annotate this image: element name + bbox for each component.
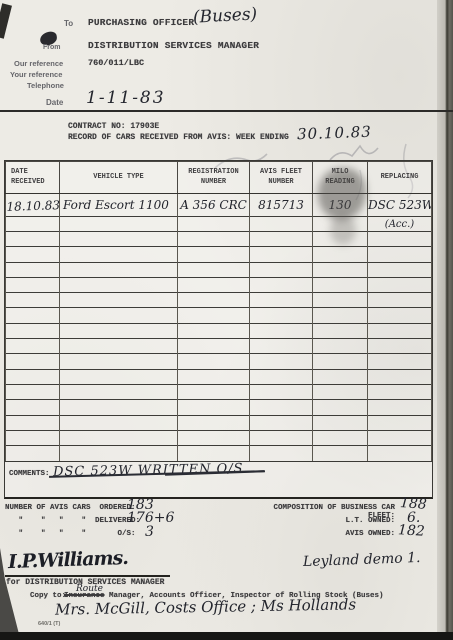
table-cell-empty <box>313 354 368 369</box>
table-row-empty <box>6 415 432 430</box>
table-row-empty <box>6 384 432 399</box>
table-cell-empty <box>6 323 60 338</box>
table-row-empty <box>6 293 432 308</box>
form-number: 640/1 (T) <box>38 621 60 627</box>
table-row-empty <box>6 430 432 445</box>
table-cell-empty <box>368 415 432 430</box>
scan-edge-right <box>437 0 453 640</box>
table-cell-empty <box>6 446 60 461</box>
to-handwritten-annotation: (Buses) <box>193 4 258 27</box>
table-cell-empty <box>178 384 250 399</box>
scan-edge-bottom <box>0 632 453 640</box>
signature-handwriting: I.P.Williams. <box>8 547 129 573</box>
table-cell-empty <box>60 308 178 323</box>
table-row-empty <box>6 323 432 338</box>
table-cell-empty <box>368 430 432 445</box>
table-cell-empty <box>250 369 313 384</box>
table-cell-empty <box>313 323 368 338</box>
table-cell-empty <box>368 323 432 338</box>
table-cell-empty <box>60 232 178 247</box>
table-cell-empty <box>6 277 60 292</box>
table-cell <box>60 217 178 232</box>
date-label: Date <box>46 98 63 107</box>
table-cell: DSC 523W <box>368 194 432 217</box>
table-cell-empty <box>178 262 250 277</box>
table-cell-empty <box>178 293 250 308</box>
table-cell-empty <box>250 354 313 369</box>
avis-table-body: 18.10.83Ford Escort 1100A 356 CRC8157131… <box>6 194 432 461</box>
table-cell: 815713 <box>250 194 313 217</box>
week-ending-handwritten-value: 30.10.83 <box>297 123 372 144</box>
table-cell-empty <box>313 262 368 277</box>
date-handwritten-value: 1-11-83 <box>86 88 166 108</box>
table-cell-empty <box>250 247 313 262</box>
table-cell-empty <box>60 369 178 384</box>
table-row: (Acc.) <box>6 217 432 232</box>
table-cell: Ford Escort 1100 <box>60 194 178 217</box>
table-cell: (Acc.) <box>368 217 432 232</box>
table-cell-empty <box>368 293 432 308</box>
table-cell-empty <box>178 232 250 247</box>
ink-smudge-milo-column <box>330 215 356 245</box>
table-cell-empty <box>368 446 432 461</box>
to-label: To <box>64 19 73 28</box>
table-cell-empty <box>368 232 432 247</box>
table-cell-empty <box>178 369 250 384</box>
scan-corner-mark-top-left <box>0 3 12 38</box>
table-cell-empty <box>6 430 60 445</box>
table-row-empty <box>6 232 432 247</box>
table-cell-empty <box>250 446 313 461</box>
table-cell-empty <box>60 339 178 354</box>
table-cell-empty <box>178 277 250 292</box>
table-cell <box>6 217 60 232</box>
table-cell-empty <box>368 354 432 369</box>
table-cell-empty <box>368 247 432 262</box>
lt-owned-label: L.T. OWNED: <box>245 517 395 525</box>
avis-cars-outstanding-value: 3 <box>145 524 154 540</box>
table-row: 18.10.83Ford Escort 1100A 356 CRC8157131… <box>6 194 432 217</box>
comments-section: COMMENTS: DSC 523W WRITTEN O/S. <box>5 461 432 497</box>
table-cell-empty <box>250 323 313 338</box>
comments-label: COMMENTS: <box>9 470 50 478</box>
avis-owned-label: AVIS OWNED: <box>245 530 395 538</box>
column-header: VEHICLE TYPE <box>60 162 178 194</box>
table-cell-empty <box>313 277 368 292</box>
from-value: DISTRIBUTION SERVICES MANAGER <box>88 40 259 51</box>
table-cell-empty <box>250 430 313 445</box>
table-cell-empty <box>6 369 60 384</box>
avis-owned-value: 182 <box>398 522 426 539</box>
table-cell-empty <box>368 400 432 415</box>
header-divider-line <box>0 110 453 112</box>
telephone-label: Telephone <box>27 81 64 90</box>
table-cell-empty <box>368 277 432 292</box>
table-cell-empty <box>6 232 60 247</box>
your-reference-label: Your reference <box>10 70 62 79</box>
table-cell-empty <box>6 339 60 354</box>
table-cell <box>178 217 250 232</box>
to-value: PURCHASING OFFICER <box>88 17 194 28</box>
table-cell-empty <box>178 247 250 262</box>
table-cell-empty <box>368 262 432 277</box>
signature-underline <box>5 575 170 577</box>
table-cell-empty <box>368 384 432 399</box>
table-row-empty <box>6 247 432 262</box>
table-cell-empty <box>60 415 178 430</box>
table-cell-empty <box>178 446 250 461</box>
table-row-empty <box>6 446 432 461</box>
scanned-memo-page: To PURCHASING OFFICER (Buses) From DISTR… <box>0 0 453 640</box>
table-cell-empty <box>6 308 60 323</box>
record-of-cars-line: RECORD OF CARS RECEIVED FROM AVIS: WEEK … <box>68 133 289 142</box>
table-cell-empty <box>6 293 60 308</box>
avis-cars-outstanding-label: " " " " O/S: <box>5 530 136 538</box>
avis-table-head-row: DATE RECEIVEDVEHICLE TYPEREGISTRATION NU… <box>6 162 432 194</box>
table-cell-empty <box>60 430 178 445</box>
column-header: DATE RECEIVED <box>6 162 60 194</box>
table-cell-empty <box>178 354 250 369</box>
table-cell-empty <box>6 262 60 277</box>
our-reference-label: Our reference <box>14 59 63 68</box>
table-row-empty <box>6 400 432 415</box>
table-cell-empty <box>368 339 432 354</box>
table-cell-empty <box>250 262 313 277</box>
table-cell-empty <box>178 323 250 338</box>
table-cell-empty <box>60 277 178 292</box>
column-header: REGISTRATION NUMBER <box>178 162 250 194</box>
avis-table: DATE RECEIVEDVEHICLE TYPEREGISTRATION NU… <box>5 161 432 461</box>
table-cell-empty <box>60 400 178 415</box>
avis-cars-table-container: DATE RECEIVEDVEHICLE TYPEREGISTRATION NU… <box>4 160 433 499</box>
table-cell-empty <box>178 430 250 445</box>
table-cell-empty <box>6 354 60 369</box>
table-cell-empty <box>6 384 60 399</box>
table-cell-empty <box>60 262 178 277</box>
handwritten-recipients-note: Mrs. McGill, Costs Office ; Ms Hollands <box>55 595 356 618</box>
table-cell-empty <box>313 446 368 461</box>
table-cell-empty <box>313 247 368 262</box>
table-cell-empty <box>60 247 178 262</box>
column-header: REPLACING <box>368 162 432 194</box>
table-cell-empty <box>313 293 368 308</box>
table-cell-empty <box>60 293 178 308</box>
table-cell: A 356 CRC <box>178 194 250 217</box>
table-cell <box>250 217 313 232</box>
from-label: From <box>43 44 61 51</box>
table-cell-empty <box>313 369 368 384</box>
table-row-empty <box>6 277 432 292</box>
struck-insurance-word: Insurance <box>64 592 105 600</box>
table-cell-empty <box>250 308 313 323</box>
table-cell-empty <box>368 308 432 323</box>
table-cell-empty <box>178 339 250 354</box>
table-cell-empty <box>250 293 313 308</box>
avis-cars-ordered-label: NUMBER OF AVIS CARS ORDERED: <box>5 504 136 512</box>
table-cell-empty <box>6 400 60 415</box>
table-row-empty <box>6 339 432 354</box>
table-cell-empty <box>60 354 178 369</box>
column-header: AVIS FLEET NUMBER <box>250 162 313 194</box>
table-row-empty <box>6 262 432 277</box>
table-row-empty <box>6 369 432 384</box>
table-cell-empty <box>313 339 368 354</box>
table-cell-empty <box>6 415 60 430</box>
table-cell-empty <box>178 400 250 415</box>
table-cell-empty <box>60 384 178 399</box>
table-cell-empty <box>250 339 313 354</box>
contract-number-line: CONTRACT NO: 17903E <box>68 122 159 131</box>
table-cell-empty <box>313 430 368 445</box>
avis-cars-delivered-label: " " " " DELIVERED: <box>5 517 140 525</box>
table-cell-empty <box>368 369 432 384</box>
table-cell: 18.10.83 <box>5 193 60 218</box>
table-cell-empty <box>313 400 368 415</box>
table-cell-empty <box>313 415 368 430</box>
table-cell-empty <box>250 277 313 292</box>
table-cell-empty <box>313 308 368 323</box>
copy-to-label: Copy to: <box>30 592 66 600</box>
table-cell-empty <box>6 247 60 262</box>
table-cell-empty <box>178 415 250 430</box>
table-row-empty <box>6 354 432 369</box>
table-cell-empty <box>250 400 313 415</box>
table-cell-empty <box>313 384 368 399</box>
table-cell-empty <box>250 232 313 247</box>
table-cell-empty <box>60 446 178 461</box>
table-row-empty <box>6 308 432 323</box>
table-cell-empty <box>60 323 178 338</box>
leyland-demo-handwritten-note: Leyland demo 1. <box>303 550 421 570</box>
table-cell-empty <box>178 308 250 323</box>
table-cell-empty <box>250 384 313 399</box>
table-cell-empty <box>250 415 313 430</box>
our-reference-value: 760/011/LBC <box>88 58 144 68</box>
